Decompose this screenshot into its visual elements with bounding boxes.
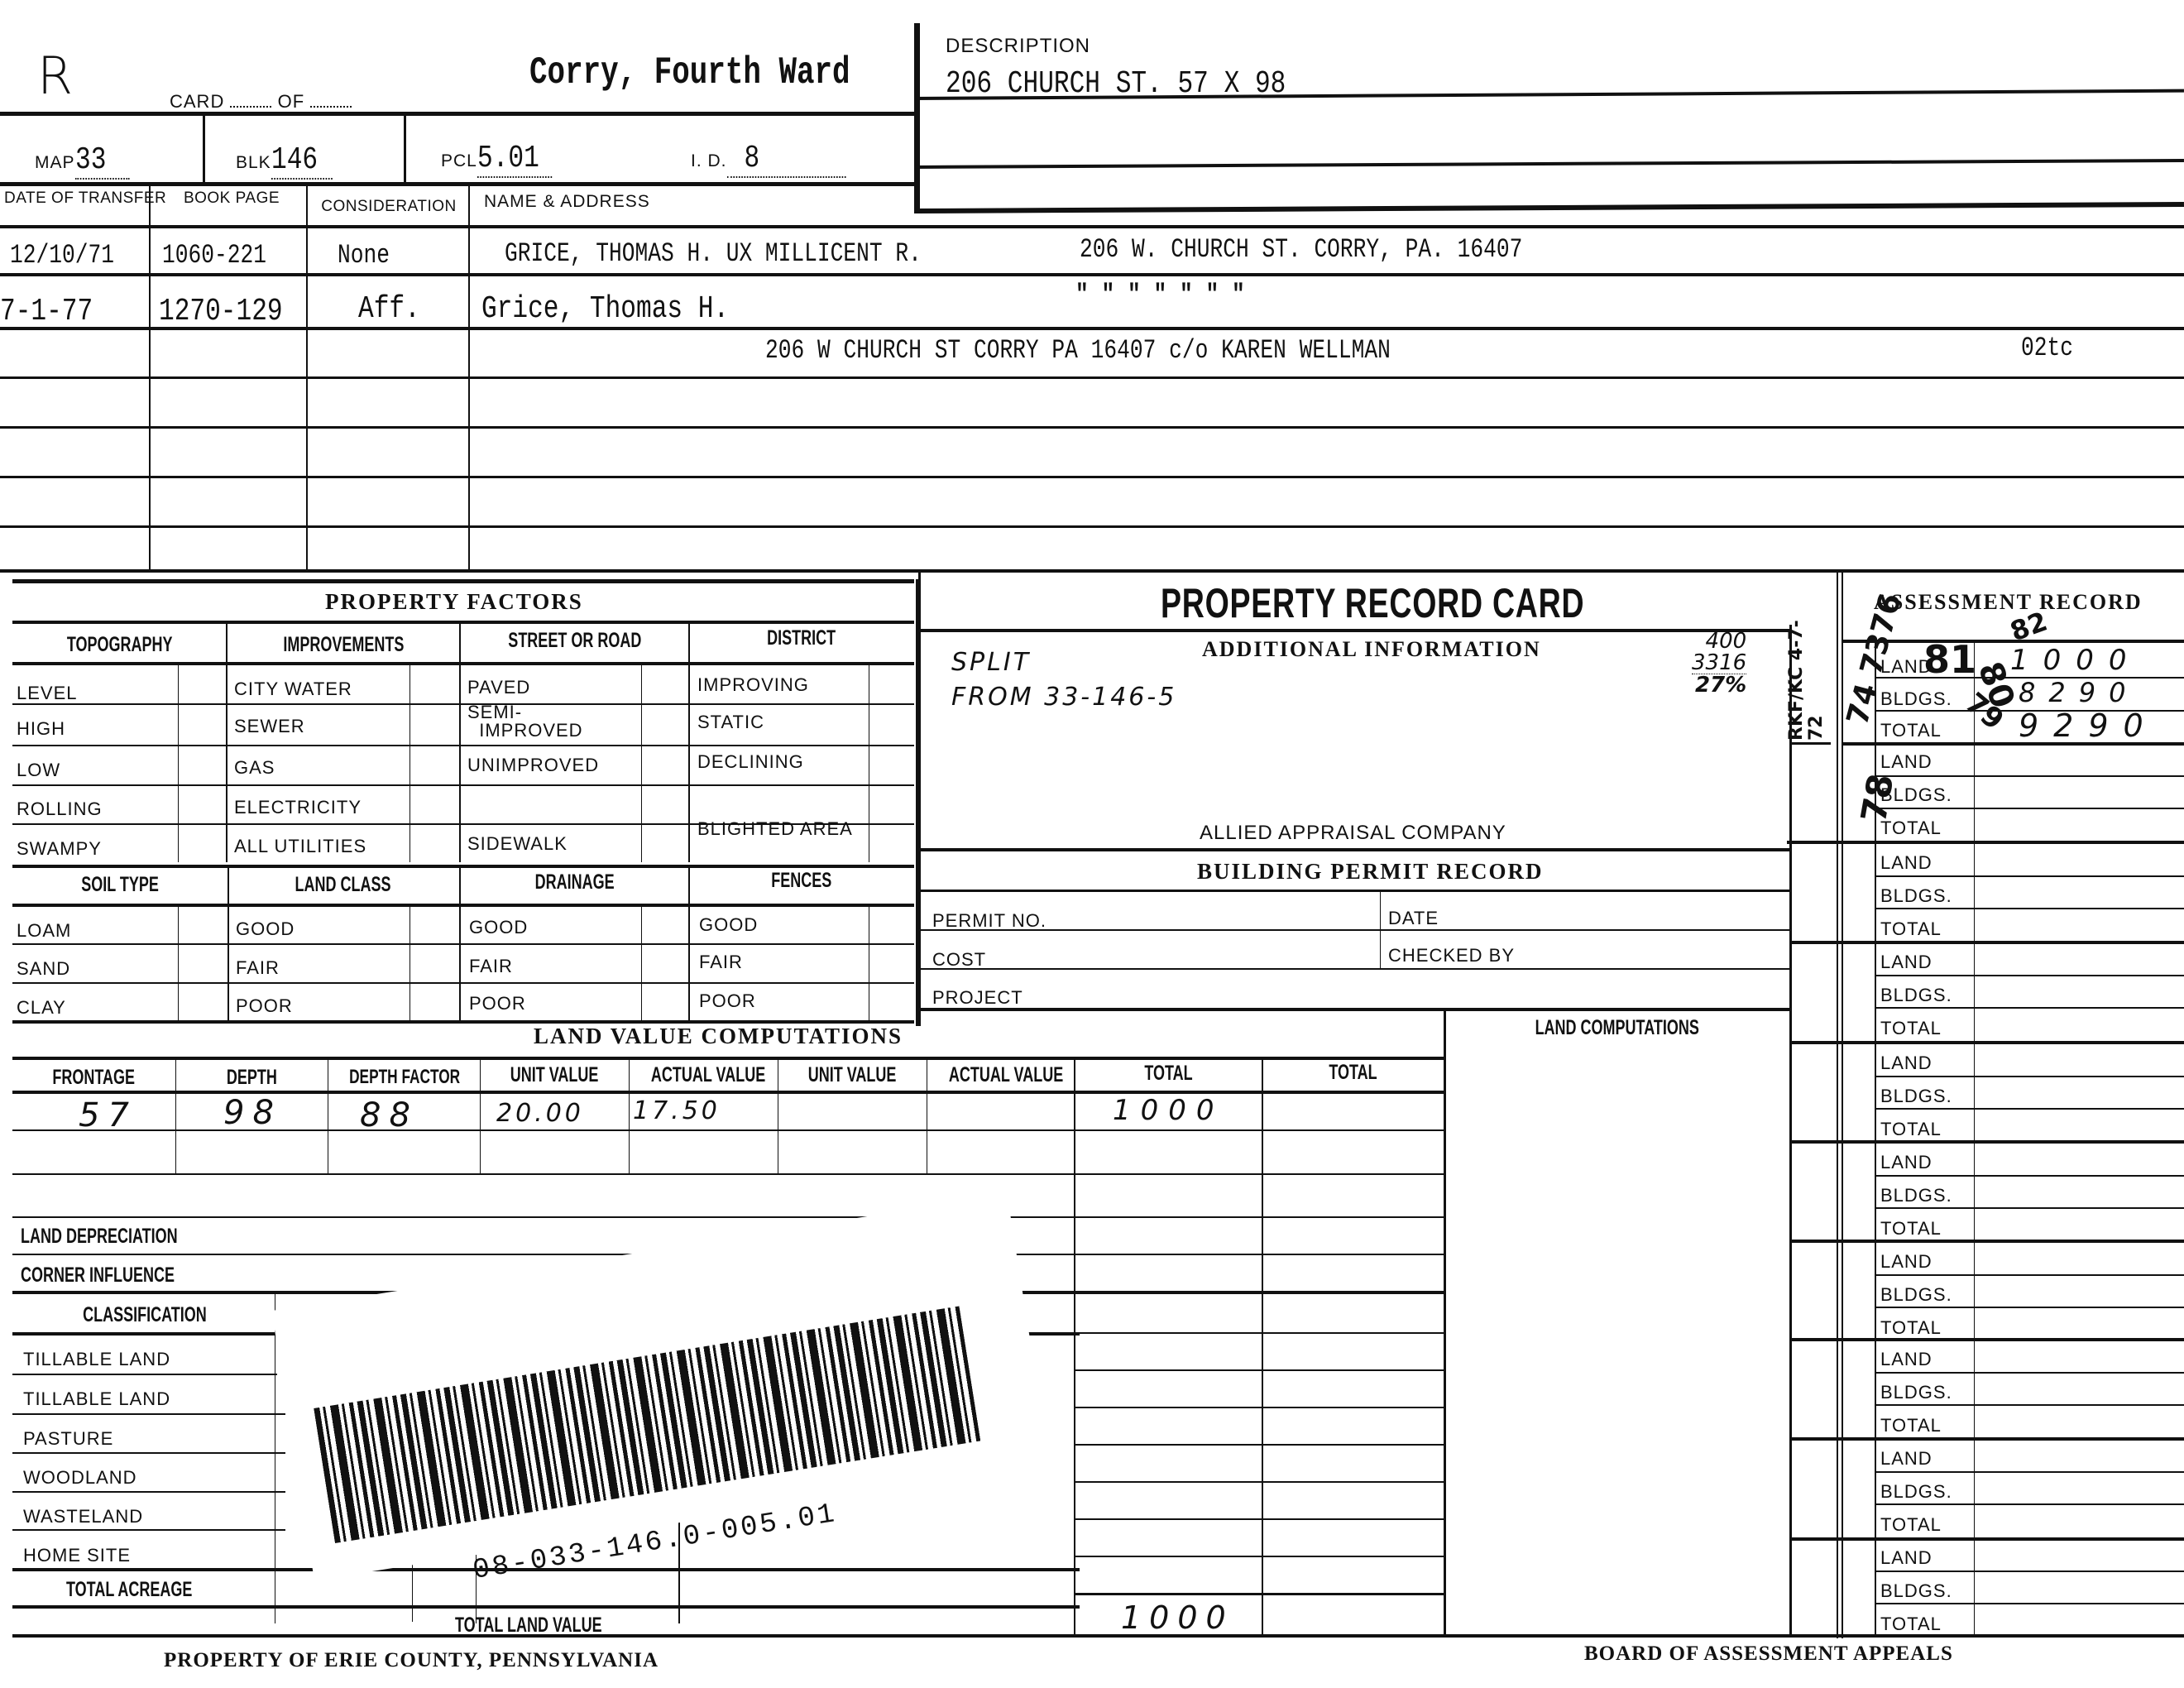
factor-sidewalk[interactable]: SIDEWALK — [467, 833, 568, 855]
class-woodland[interactable]: WOODLAND — [23, 1467, 137, 1489]
description-label: DESCRIPTION — [946, 35, 1090, 58]
col-frontage: FRONTAGE — [12, 1066, 175, 1090]
transfer-address: 206 W. CHURCH ST. CORRY, PA. 16407 — [1080, 234, 1522, 265]
assessment-total-label: TOTAL — [1880, 1119, 1942, 1140]
municipality-title: Corry, Fourth Ward — [529, 51, 850, 94]
factor-electricity[interactable]: ELECTRICITY — [234, 797, 362, 818]
permit-date-field[interactable]: DATE — [1388, 908, 1439, 929]
transfer-date: 12/10/71 — [10, 240, 114, 271]
assessment-land-label: LAND — [1880, 1251, 1933, 1273]
col-unit-value-1: UNIT VALUE — [480, 1063, 629, 1087]
assessment-land-label: LAND — [1880, 1448, 1933, 1470]
land-total-value: 1000 — [1113, 1094, 1224, 1127]
factor-swampy[interactable]: SWAMPY — [17, 838, 102, 860]
col-classification: CLASSIFICATION — [17, 1303, 273, 1327]
assessment-total-label: TOTAL — [1880, 918, 1942, 940]
factor-declining[interactable]: DECLINING — [697, 751, 804, 773]
assessment-total-label: TOTAL — [1880, 1018, 1942, 1039]
permit-checked-by-field[interactable]: CHECKED BY — [1388, 945, 1515, 966]
assessment-total-label: TOTAL — [1880, 1614, 1942, 1635]
factor-improving[interactable]: IMPROVING — [697, 674, 809, 696]
handwritten-letter: R — [37, 46, 73, 106]
property-factors-title: PROPERTY FACTORS — [325, 589, 583, 615]
district-header: DISTRICT — [690, 626, 913, 650]
factor-paved[interactable]: PAVED — [467, 677, 530, 698]
col-actual-value-1: ACTUAL VALUE — [629, 1063, 778, 1087]
assessment-land-label: LAND — [1880, 1547, 1933, 1569]
class-wasteland[interactable]: WASTELAND — [23, 1506, 143, 1527]
assessment-bldgs-label: BLDGS. — [1880, 1481, 1952, 1503]
assessment-land-label: LAND — [1880, 852, 1933, 874]
id-value: 8 — [727, 141, 846, 178]
assessment-bldgs-label: BLDGS. — [1880, 1086, 1952, 1107]
assessment-bldgs-label: BLDGS. — [1880, 688, 1952, 710]
note-split: SPLIT — [951, 645, 1176, 680]
improvements-header: IMPROVEMENTS — [227, 633, 459, 657]
transfer-book-page: 1270-129 — [159, 294, 283, 329]
col-unit-value-2: UNIT VALUE — [778, 1063, 927, 1087]
assessment-record-title: ASSESSMENT RECORD — [1874, 590, 2143, 615]
transfer-address-ditto: " " " " " " " — [1075, 280, 1245, 310]
factor-all-utilities[interactable]: ALL UTILITIES — [234, 836, 366, 857]
transfer-consideration: None — [338, 240, 390, 271]
factor-semi-improved[interactable]: SEMI- IMPROVED — [467, 703, 633, 740]
assessment-land-value: 1000 — [2010, 644, 2142, 677]
transfer-name: Grice, Thomas H. — [481, 291, 729, 327]
drainage-poor[interactable]: POOR — [469, 993, 526, 1014]
card-of-label: OF — [278, 91, 305, 112]
blk-label: BLK — [236, 153, 271, 172]
col-total-2: TOTAL — [1263, 1061, 1444, 1085]
initials-stamp: RKF/KC 4-7-72 — [1787, 608, 1827, 741]
class-tillable-land-2[interactable]: TILLABLE LAND — [23, 1388, 170, 1410]
card-label: CARD — [170, 91, 224, 112]
side-figures: 400 3316 27% — [1692, 631, 1746, 696]
class-home-site[interactable]: HOME SITE — [23, 1545, 131, 1566]
land-class-good[interactable]: GOOD — [236, 918, 295, 940]
land-class-header: LAND CLASS — [227, 873, 459, 897]
total-land-value[interactable]: 1000 — [1121, 1599, 1234, 1636]
land-class-fair[interactable]: FAIR — [236, 957, 280, 979]
factor-high[interactable]: HIGH — [17, 718, 65, 740]
assessment-total-label: TOTAL — [1880, 1218, 1942, 1240]
factor-low[interactable]: LOW — [17, 760, 60, 781]
frontage-value: 57 — [79, 1096, 137, 1134]
transfer-book-page: 1060-221 — [162, 240, 266, 271]
assessment-bldgs-label: BLDGS. — [1880, 1185, 1952, 1206]
transfer-code: 02tc — [2021, 333, 2073, 363]
blk-value: 146 — [271, 142, 333, 180]
col-consideration: CONSIDERATION — [310, 199, 467, 215]
assessment-total-label: TOTAL — [1880, 720, 1942, 741]
factor-level[interactable]: LEVEL — [17, 683, 78, 704]
parcel-field[interactable]: PCL5.01 — [441, 141, 568, 178]
land-value-computations-title: LAND VALUE COMPUTATIONS — [534, 1024, 903, 1049]
corner-influence-label: CORNER INFLUENCE — [21, 1264, 175, 1288]
id-label: I. D. — [691, 151, 727, 170]
map-label: MAP — [35, 153, 75, 172]
assessment-bldgs-label: BLDGS. — [1880, 1580, 1952, 1602]
assessment-bldgs-value: 8290 — [2019, 677, 2138, 708]
footer-board-of-assessment-appeals: BOARD OF ASSESSMENT APPEALS — [1584, 1642, 1953, 1666]
allied-appraisal-company: ALLIED APPRAISAL COMPANY — [1200, 822, 1506, 845]
card-number-field[interactable]: CARD OF — [170, 91, 352, 113]
pcl-label: PCL — [441, 151, 477, 170]
col-depth: DEPTH — [175, 1066, 328, 1090]
assessment-land-label: LAND — [1880, 952, 1933, 973]
actual-value: 17.50 — [633, 1096, 721, 1125]
col-name-address: NAME & ADDRESS — [484, 192, 650, 212]
pcl-value: 5.01 — [477, 141, 552, 178]
drainage-fair[interactable]: FAIR — [469, 956, 513, 977]
land-depreciation-label: LAND DEPRECIATION — [21, 1225, 178, 1249]
drainage-header: DRAINAGE — [461, 870, 688, 894]
assessment-total-value: 9290 — [2019, 707, 2158, 744]
land-computations-label: LAND COMPUTATIONS — [1448, 1016, 1787, 1040]
additional-information-label: ADDITIONAL INFORMATION — [1202, 637, 1541, 662]
factor-unimproved[interactable]: UNIMPROVED — [467, 755, 599, 776]
assessment-land-label: LAND — [1880, 656, 1933, 678]
transfer-consideration: Aff. — [358, 291, 420, 327]
soil-clay[interactable]: CLAY — [17, 997, 66, 1019]
factor-sewer[interactable]: SEWER — [234, 716, 305, 737]
unit-value: 20.00 — [496, 1099, 584, 1128]
footer-erie-county: PROPERTY OF ERIE COUNTY, PENNSYLVANIA — [164, 1649, 659, 1672]
soil-sand[interactable]: SAND — [17, 958, 70, 980]
factor-gas[interactable]: GAS — [234, 757, 275, 779]
topography-header: TOPOGRAPHY — [12, 633, 227, 657]
property-record-card-title: PROPERTY RECORD CARD — [1161, 579, 1584, 627]
map-value: 33 — [75, 142, 130, 180]
assessment-land-label: LAND — [1880, 1349, 1933, 1370]
soil-loam[interactable]: LOAM — [17, 920, 71, 942]
building-permit-record-title: BUILDING PERMIT RECORD — [1197, 859, 1544, 885]
assessment-total-label: TOTAL — [1880, 1415, 1942, 1436]
note-from-parcel: FROM 33-146-5 — [951, 680, 1176, 715]
transfer-name: GRICE, THOMAS H. UX MILLICENT R. — [505, 238, 922, 269]
depth-value: 98 — [223, 1094, 282, 1132]
soil-type-header: SOIL TYPE — [12, 873, 227, 897]
assessment-land-label: LAND — [1880, 751, 1933, 773]
col-book-page: BOOK PAGE — [157, 190, 306, 207]
assessment-bldgs-label: BLDGS. — [1880, 985, 1952, 1006]
transfer-address: 206 W CHURCH ST CORRY PA 16407 c/o KAREN… — [765, 335, 1391, 366]
factor-city-water[interactable]: CITY WATER — [234, 679, 352, 700]
assessment-total-label: TOTAL — [1880, 1317, 1942, 1339]
col-date-of-transfer: DATE OF TRANSFER — [4, 190, 145, 207]
transfer-date: 7-1-77 — [0, 294, 93, 329]
assessment-total-label: TOTAL — [1880, 1514, 1942, 1536]
assessment-bldgs-label: BLDGS. — [1880, 885, 1952, 907]
col-depth-factor: DEPTH FACTOR — [328, 1066, 480, 1089]
id-field[interactable]: I. D.8 — [691, 141, 872, 178]
fences-poor[interactable]: POOR — [699, 990, 756, 1012]
block-field[interactable]: BLK146 — [236, 142, 346, 180]
factor-blighted-area[interactable]: BLIGHTED AREA — [697, 819, 863, 839]
drainage-good[interactable]: GOOD — [469, 917, 528, 938]
street-or-road-header: STREET OR ROAD — [461, 629, 688, 653]
fences-header: FENCES — [690, 869, 913, 893]
permit-project-field[interactable]: PROJECT — [932, 987, 1023, 1009]
assessment-bldgs-label: BLDGS. — [1880, 784, 1952, 806]
assessment-land-label: LAND — [1880, 1053, 1933, 1074]
class-tillable-land-1[interactable]: TILLABLE LAND — [23, 1349, 170, 1370]
col-actual-value-2: ACTUAL VALUE — [927, 1063, 1075, 1087]
col-total-1: TOTAL — [1075, 1062, 1262, 1086]
depth-factor-value: 88 — [360, 1096, 419, 1134]
land-class-poor[interactable]: POOR — [236, 995, 293, 1017]
additional-info-notes[interactable]: SPLIT FROM 33-146-5 — [951, 645, 1176, 715]
total-acreage-label: TOTAL ACREAGE — [66, 1578, 192, 1602]
factor-static[interactable]: STATIC — [697, 712, 764, 733]
fences-good[interactable]: GOOD — [699, 914, 758, 936]
class-pasture[interactable]: PASTURE — [23, 1428, 113, 1450]
fences-fair[interactable]: FAIR — [699, 952, 743, 973]
assessment-land-label: LAND — [1880, 1152, 1933, 1173]
map-field[interactable]: MAP33 — [35, 142, 141, 180]
factor-rolling[interactable]: ROLLING — [17, 798, 103, 820]
assessment-bldgs-label: BLDGS. — [1880, 1382, 1952, 1403]
assessment-bldgs-label: BLDGS. — [1880, 1284, 1952, 1306]
assessment-total-label: TOTAL — [1880, 818, 1942, 839]
